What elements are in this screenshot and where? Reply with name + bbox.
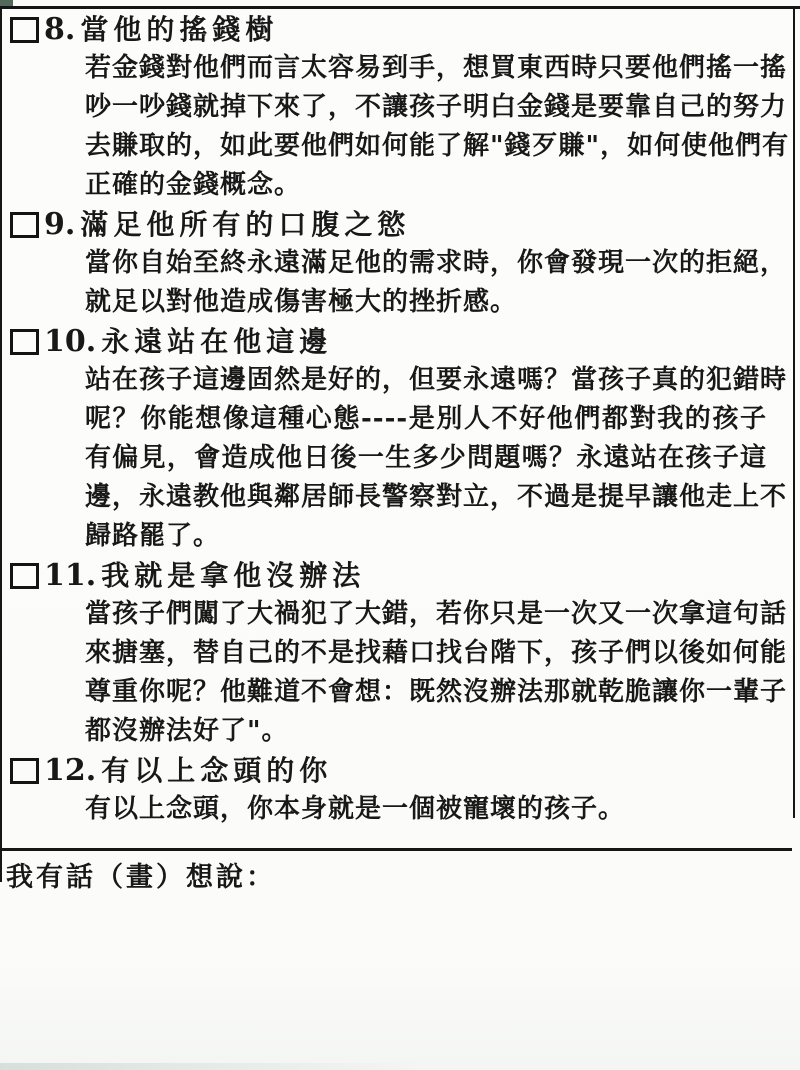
- body-line: 尊重你呢？他難道不會想：既然沒辦法那就乾脆讓你一輩子: [85, 673, 767, 712]
- scan-bottom-artifact: [0, 1063, 430, 1070]
- body-line: 來搪塞，替自己的不是找藉口找台階下，孩子們以後如何能: [85, 634, 767, 673]
- body-line: 都沒辦法好了"。: [85, 712, 767, 751]
- item-checkbox[interactable]: [10, 17, 39, 43]
- body-line: 就足以對他造成傷害極大的挫折感。: [85, 283, 767, 322]
- body-line: 有偏見，會造成他日後一生多少問題嗎？永遠站在孩子這: [85, 439, 767, 478]
- item-title: 當他的搖錢樹: [80, 10, 278, 49]
- checklist-item-11: 11. 我就是拿他沒辦法 當孩子們闖了大禍犯了大錯，若你只是一次又一次拿這句話 …: [0, 556, 800, 751]
- item-title: 永遠站在他這邊: [101, 322, 332, 361]
- footer-prompt-label: 我有話（畫）想說：: [6, 862, 276, 893]
- body-line: 邊，永遠教他與鄰居師長警察對立，不過是提早讓他走上不: [85, 478, 767, 517]
- item-title-row: 11. 我就是拿他沒辦法: [0, 556, 800, 595]
- item-body: 當孩子們闖了大禍犯了大錯，若你只是一次又一次拿這句話 來搪塞，替自己的不是找藉口…: [85, 595, 767, 751]
- item-title-row: 10. 永遠站在他這邊: [0, 322, 800, 361]
- body-line: 吵一吵錢就掉下來了，不讓孩子明白金錢是要靠自己的努力: [85, 88, 767, 127]
- item-title: 我就是拿他沒辦法: [101, 556, 365, 595]
- body-line: 去賺取的，如此要他們如何能了解"錢歹賺"，如何使他們有: [85, 127, 767, 166]
- item-body: 有以上念頭，你本身就是一個被寵壞的孩子。: [85, 790, 767, 829]
- item-title-row: 12. 有以上念頭的你: [0, 751, 800, 790]
- item-title-row: 8. 當他的搖錢樹: [0, 10, 800, 49]
- scanned-document-page: 8. 當他的搖錢樹 若金錢對他們而言太容易到手，想買東西時只要他們搖一搖 吵一吵…: [0, 0, 800, 1070]
- body-line: 呢？你能想像這種心態----是別人不好他們都對我的孩子: [85, 400, 767, 439]
- item-body: 站在孩子這邊固然是好的，但要永遠嗎？當孩子真的犯錯時 呢？你能想像這種心態---…: [85, 361, 767, 556]
- top-border-line: [0, 6, 800, 9]
- body-line: 有以上念頭，你本身就是一個被寵壞的孩子。: [85, 790, 767, 829]
- item-number: 9.: [44, 205, 75, 244]
- body-line: 當你自始至終永遠滿足他的需求時，你會發現一次的拒絕，: [85, 244, 767, 283]
- checklist: 8. 當他的搖錢樹 若金錢對他們而言太容易到手，想買東西時只要他們搖一搖 吵一吵…: [0, 10, 800, 829]
- item-body: 若金錢對他們而言太容易到手，想買東西時只要他們搖一搖 吵一吵錢就掉下來了，不讓孩…: [85, 49, 767, 205]
- checklist-item-12: 12. 有以上念頭的你 有以上念頭，你本身就是一個被寵壞的孩子。: [0, 751, 800, 829]
- body-line: 歸路罷了。: [85, 517, 767, 556]
- footer-separator-line: [0, 848, 792, 851]
- footer-section: 我有話（畫）想說：: [6, 860, 276, 896]
- item-checkbox[interactable]: [10, 212, 39, 238]
- checklist-item-8: 8. 當他的搖錢樹 若金錢對他們而言太容易到手，想買東西時只要他們搖一搖 吵一吵…: [0, 10, 800, 205]
- item-number: 8.: [44, 10, 75, 49]
- item-checkbox[interactable]: [10, 563, 39, 589]
- item-number: 11.: [44, 556, 96, 595]
- item-body: 當你自始至終永遠滿足他的需求時，你會發現一次的拒絕， 就足以對他造成傷害極大的挫…: [85, 244, 767, 322]
- checklist-item-10: 10. 永遠站在他這邊 站在孩子這邊固然是好的，但要永遠嗎？當孩子真的犯錯時 呢…: [0, 322, 800, 556]
- item-title: 滿足他所有的口腹之慾: [80, 205, 410, 244]
- body-line: 正確的金錢概念。: [85, 166, 767, 205]
- item-title-row: 9. 滿足他所有的口腹之慾: [0, 205, 800, 244]
- item-number: 12.: [44, 751, 96, 790]
- body-line: 若金錢對他們而言太容易到手，想買東西時只要他們搖一搖: [85, 49, 767, 88]
- body-line: 當孩子們闖了大禍犯了大錯，若你只是一次又一次拿這句話: [85, 595, 767, 634]
- item-checkbox[interactable]: [10, 329, 39, 355]
- item-title: 有以上念頭的你: [101, 751, 332, 790]
- item-checkbox[interactable]: [10, 758, 39, 784]
- item-number: 10.: [44, 322, 96, 361]
- body-line: 站在孩子這邊固然是好的，但要永遠嗎？當孩子真的犯錯時: [85, 361, 767, 400]
- checklist-item-9: 9. 滿足他所有的口腹之慾 當你自始至終永遠滿足他的需求時，你會發現一次的拒絕，…: [0, 205, 800, 322]
